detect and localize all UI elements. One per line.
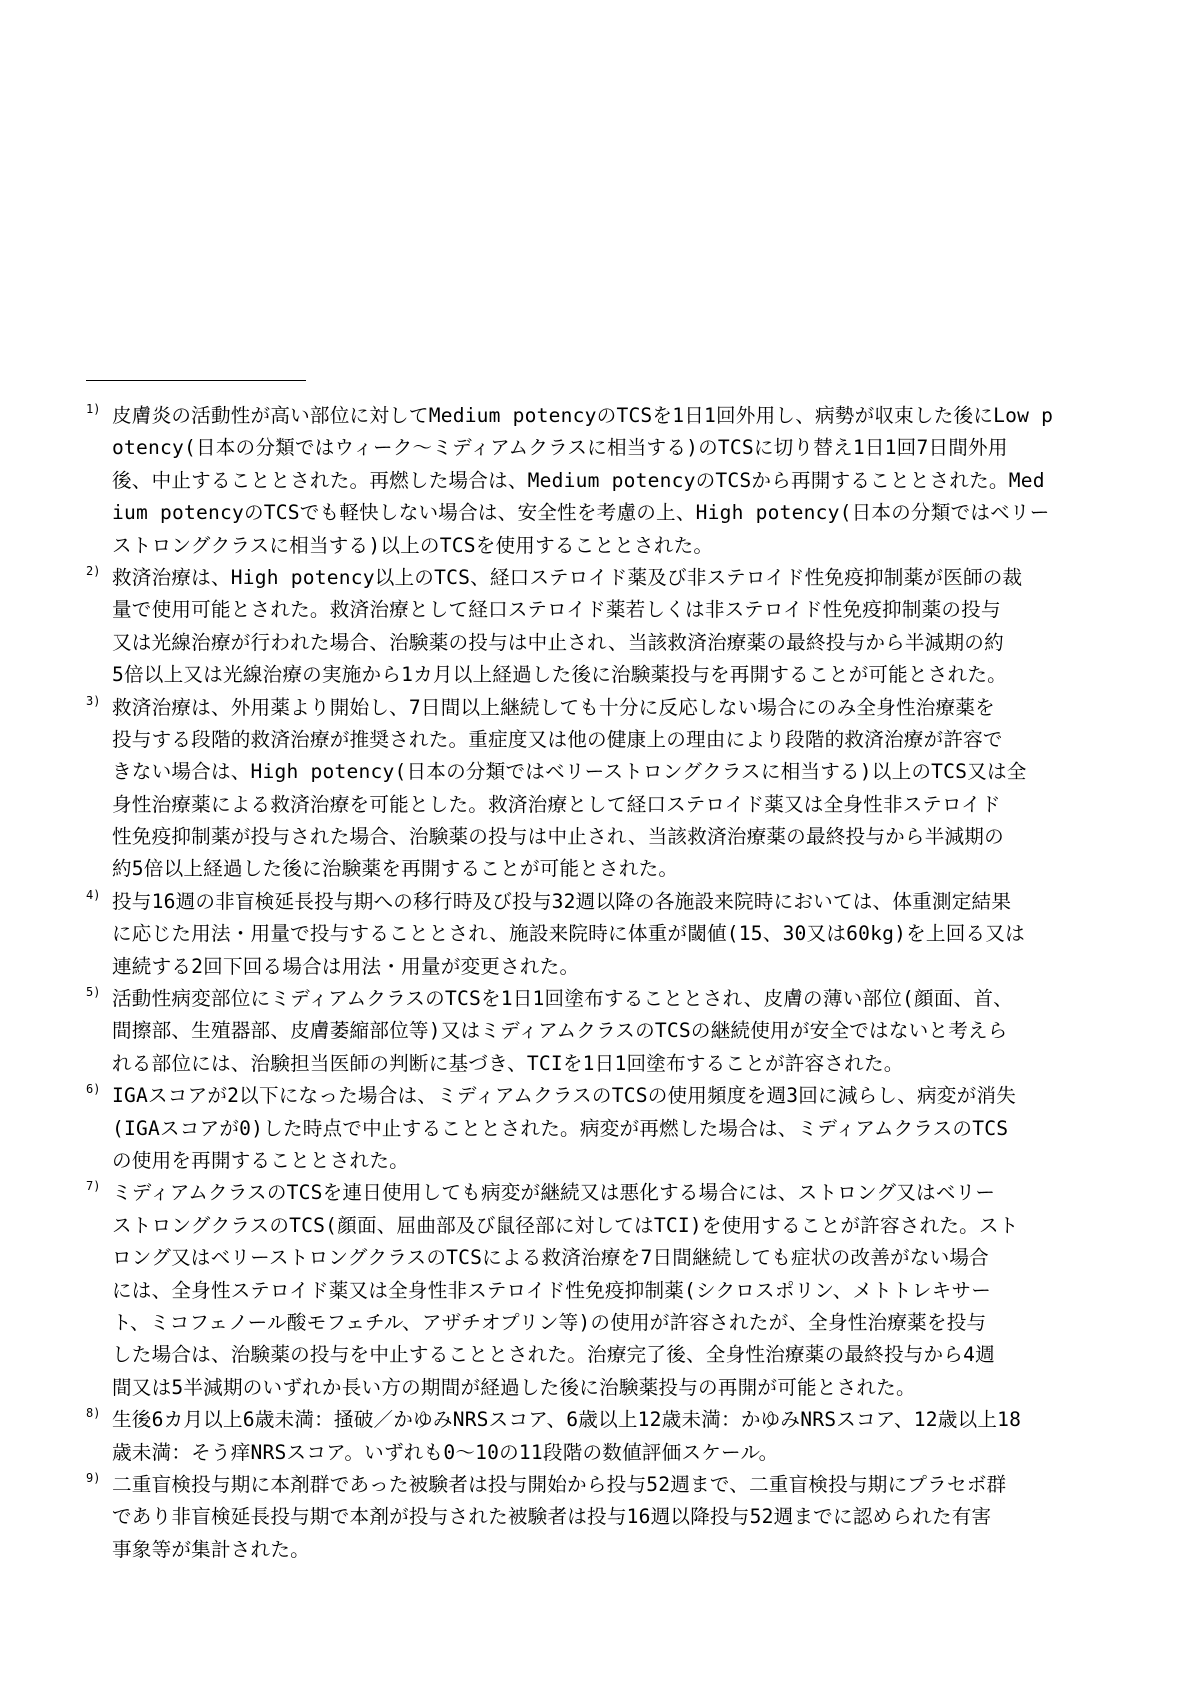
footnote-line: した場合は、治験薬の投与を中止することとされた。治療完了後、全身性治療薬の最終投… — [112, 1339, 1094, 1371]
footnote-7: 7) ミディアムクラスのTCSを連日使用しても病変が継続又は悪化する場合には、ス… — [86, 1177, 1094, 1404]
footnote-line: 身性治療薬による救済治療を可能とした。救済治療として経口ステロイド薬又は全身性非… — [112, 789, 1094, 821]
footnote-line: には、全身性ステロイド薬又は全身性非ステロイド性免疫抑制薬(シクロスポリン、メト… — [112, 1275, 1094, 1307]
footnote-line: 間擦部、生殖器部、皮膚萎縮部位等)又はミディアムクラスのTCSの継続使用が安全で… — [112, 1015, 1094, 1047]
footnote-line: ト、ミコフェノール酸モフェチル、アザチオプリン等)の使用が許容されたが、全身性治… — [112, 1307, 1094, 1339]
footnote-line: IGAスコアが2以下になった場合は、ミディアムクラスのTCSの使用頻度を週3回に… — [112, 1080, 1094, 1112]
footnote-list: 1) 皮膚炎の活動性が高い部位に対してMedium potencyのTCSを1日… — [86, 400, 1094, 1566]
footnote-line: であり非盲検延長投与期で本剤が投与された被験者は投与16週以降投与52週までに認… — [112, 1501, 1094, 1533]
footnote-line: 5倍以上又は光線治療の実施から1カ月以上経過した後に治験薬投与を再開することが可… — [112, 659, 1094, 691]
footnote-line: に応じた用法・用量で投与することとされ、施設来院時に体重が閾値(15、30又は6… — [112, 918, 1094, 950]
footnote-line: 投与する段階的救済治療が推奨された。重症度又は他の健康上の理由により段階的救済治… — [112, 724, 1094, 756]
footnote-line: 活動性病変部位にミディアムクラスのTCSを1日1回塗布することとされ、皮膚の薄い… — [112, 983, 1094, 1015]
footnote-line: 歳未満：そう痒NRSスコア。いずれも0～10の11段階の数値評価スケール。 — [112, 1437, 1094, 1469]
footnote-marker: 4) — [86, 888, 100, 902]
footnote-line: 連続する2回下回る場合は用法・用量が変更された。 — [112, 951, 1094, 983]
footnote-1: 1) 皮膚炎の活動性が高い部位に対してMedium potencyのTCSを1日… — [86, 400, 1094, 562]
document-page: 1) 皮膚炎の活動性が高い部位に対してMedium potencyのTCSを1日… — [0, 0, 1181, 1695]
footnote-line: 救済治療は、外用薬より開始し、7日間以上継続しても十分に反応しない場合にのみ全身… — [112, 692, 1094, 724]
footnote-line: 約5倍以上経過した後に治験薬を再開することが可能とされた。 — [112, 853, 1094, 885]
footnote-marker: 2) — [86, 564, 100, 578]
footnote-line: 量で使用可能とされた。救済治療として経口ステロイド薬若しくは非ステロイド性免疫抑… — [112, 594, 1094, 626]
footnote-line: 二重盲検投与期に本剤群であった被験者は投与開始から投与52週まで、二重盲検投与期… — [112, 1469, 1094, 1501]
footnote-2: 2) 救済治療は、High potency以上のTCS、経口ステロイド薬及び非ス… — [86, 562, 1094, 692]
footnote-separator — [86, 380, 306, 381]
footnote-line: 生後6カ月以上6歳未満：掻破／かゆみNRSスコア、6歳以上12歳未満：かゆみNR… — [112, 1404, 1094, 1436]
footnote-marker: 8) — [86, 1406, 100, 1420]
footnote-line: 又は光線治療が行われた場合、治験薬の投与は中止され、当該救済治療薬の最終投与から… — [112, 627, 1094, 659]
footnote-line: れる部位には、治験担当医師の判断に基づき、TCIを1日1回塗布することが許容され… — [112, 1048, 1094, 1080]
footnote-line: きない場合は、High potency(日本の分類ではベリーストロングクラスに相… — [112, 756, 1094, 788]
footnote-line: otency(日本の分類ではウィーク～ミディアムクラスに相当する)のTCSに切り… — [112, 432, 1094, 464]
footnote-line: 皮膚炎の活動性が高い部位に対してMedium potencyのTCSを1日1回外… — [112, 400, 1094, 432]
footnote-line: ストロングクラスのTCS(顔面、屈曲部及び鼠径部に対してはTCI)を使用すること… — [112, 1210, 1094, 1242]
footnote-line: 事象等が集計された。 — [112, 1534, 1094, 1566]
footnote-marker: 7) — [86, 1179, 100, 1193]
footnote-5: 5) 活動性病変部位にミディアムクラスのTCSを1日1回塗布することとされ、皮膚… — [86, 983, 1094, 1080]
footnote-8: 8) 生後6カ月以上6歳未満：掻破／かゆみNRSスコア、6歳以上12歳未満：かゆ… — [86, 1404, 1094, 1469]
footnote-line: の使用を再開することとされた。 — [112, 1145, 1094, 1177]
footnote-marker: 1) — [86, 402, 100, 416]
footnote-line: ミディアムクラスのTCSを連日使用しても病変が継続又は悪化する場合には、ストロン… — [112, 1177, 1094, 1209]
footnote-4: 4) 投与16週の非盲検延長投与期への移行時及び投与32週以降の各施設来院時にお… — [86, 886, 1094, 983]
footnote-line: ium potencyのTCSでも軽快しない場合は、安全性を考慮の上、High … — [112, 497, 1094, 529]
footnote-marker: 6) — [86, 1082, 100, 1096]
footnote-marker: 3) — [86, 694, 100, 708]
footnote-line: ストロングクラスに相当する)以上のTCSを使用することとされた。 — [112, 530, 1094, 562]
footnote-line: 投与16週の非盲検延長投与期への移行時及び投与32週以降の各施設来院時においては… — [112, 886, 1094, 918]
footnote-line: ロング又はベリーストロングクラスのTCSによる救済治療を7日間継続しても症状の改… — [112, 1242, 1094, 1274]
footnote-marker: 5) — [86, 985, 100, 999]
footnote-3: 3) 救済治療は、外用薬より開始し、7日間以上継続しても十分に反応しない場合にの… — [86, 692, 1094, 886]
footnote-line: 間又は5半減期のいずれか長い方の期間が経過した後に治験薬投与の再開が可能とされた… — [112, 1372, 1094, 1404]
footnote-marker: 9) — [86, 1471, 100, 1485]
footnote-line: 性免疫抑制薬が投与された場合、治験薬の投与は中止され、当該救済治療薬の最終投与か… — [112, 821, 1094, 853]
footnote-line: 後、中止することとされた。再燃した場合は、Medium potencyのTCSか… — [112, 465, 1094, 497]
footnote-9: 9) 二重盲検投与期に本剤群であった被験者は投与開始から投与52週まで、二重盲検… — [86, 1469, 1094, 1566]
footnote-line: (IGAスコアが0)した時点で中止することとされた。病変が再燃した場合は、ミディ… — [112, 1113, 1094, 1145]
footnote-6: 6) IGAスコアが2以下になった場合は、ミディアムクラスのTCSの使用頻度を週… — [86, 1080, 1094, 1177]
footnote-line: 救済治療は、High potency以上のTCS、経口ステロイド薬及び非ステロイ… — [112, 562, 1094, 594]
